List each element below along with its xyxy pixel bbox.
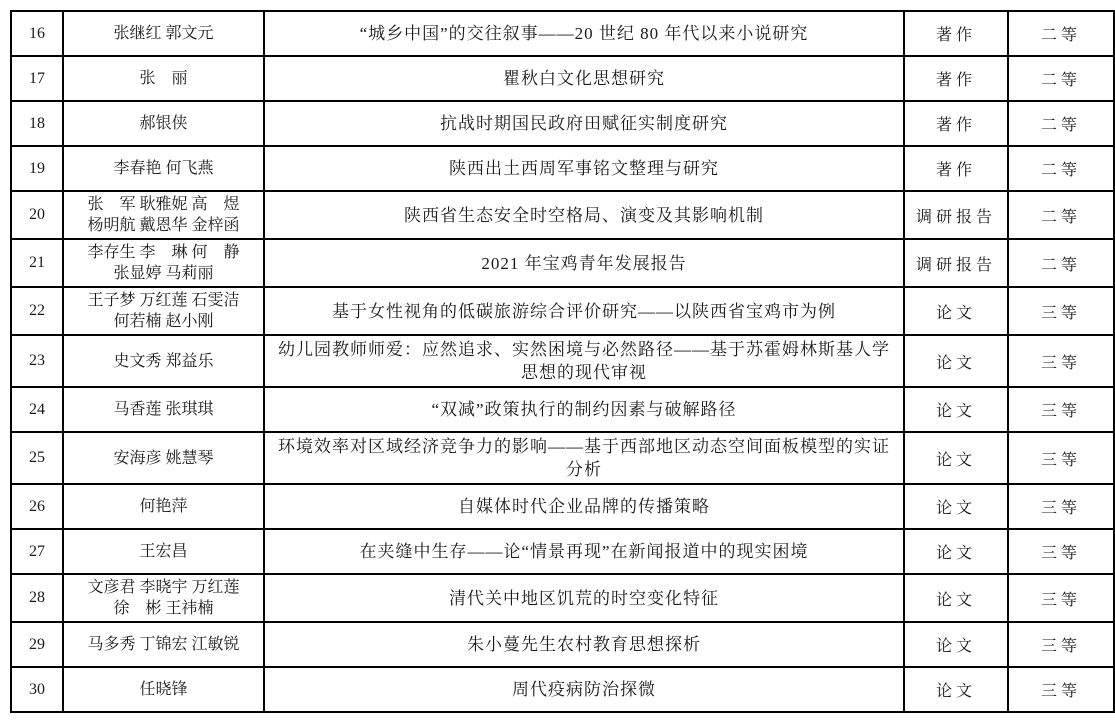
cell-achievement-type: 论文 xyxy=(904,667,1008,712)
table-row: 19 李春艳 何飞燕 陕西出土西周军事铭文整理与研究 著作 二等 xyxy=(11,146,1114,191)
cell-row-number: 26 xyxy=(11,484,63,529)
table-row: 30 任晓锋 周代疫病防治探微 论文 三等 xyxy=(11,667,1114,712)
cell-authors: 何艳萍 xyxy=(63,484,264,529)
cell-award-rank: 三等 xyxy=(1008,432,1114,484)
cell-achievement-title: 在夹缝中生存——论“情景再现”在新闻报道中的现实困境 xyxy=(264,529,904,574)
cell-award-rank: 三等 xyxy=(1008,622,1114,667)
cell-award-rank: 二等 xyxy=(1008,56,1114,101)
cell-authors: 史文秀 郑益乐 xyxy=(63,335,264,387)
cell-row-number: 23 xyxy=(11,335,63,387)
cell-achievement-title: 基于女性视角的低碳旅游综合评价研究——以陕西省宝鸡市为例 xyxy=(264,287,904,335)
cell-achievement-type: 论文 xyxy=(904,387,1008,432)
cell-achievement-title: 清代关中地区饥荒的时空变化特征 xyxy=(264,574,904,622)
cell-award-rank: 二等 xyxy=(1008,239,1114,287)
cell-authors: 马香莲 张琪琪 xyxy=(63,387,264,432)
cell-authors: 文彦君 李晓宇 万红莲 徐 彬 王祎楠 xyxy=(63,574,264,622)
cell-achievement-type: 著作 xyxy=(904,146,1008,191)
cell-row-number: 29 xyxy=(11,622,63,667)
cell-achievement-type: 调研报告 xyxy=(904,191,1008,239)
cell-achievement-title: 周代疫病防治探微 xyxy=(264,667,904,712)
cell-award-rank: 三等 xyxy=(1008,387,1114,432)
cell-row-number: 18 xyxy=(11,101,63,146)
cell-authors: 李春艳 何飞燕 xyxy=(63,146,264,191)
cell-achievement-type: 论文 xyxy=(904,432,1008,484)
cell-row-number: 17 xyxy=(11,56,63,101)
cell-achievement-type: 论文 xyxy=(904,529,1008,574)
cell-achievement-type: 论文 xyxy=(904,335,1008,387)
cell-authors: 马多秀 丁锦宏 江敏锐 xyxy=(63,622,264,667)
cell-achievement-type: 著作 xyxy=(904,101,1008,146)
cell-row-number: 20 xyxy=(11,191,63,239)
cell-achievement-title: 2021 年宝鸡青年发展报告 xyxy=(264,239,904,287)
cell-row-number: 27 xyxy=(11,529,63,574)
cell-authors: 安海彦 姚慧琴 xyxy=(63,432,264,484)
cell-authors: 王宏昌 xyxy=(63,529,264,574)
cell-row-number: 22 xyxy=(11,287,63,335)
cell-authors: 任晓锋 xyxy=(63,667,264,712)
cell-authors: 张 丽 xyxy=(63,56,264,101)
table-row: 23 史文秀 郑益乐 幼儿园教师师爱：应然追求、实然困境与必然路径——基于苏霍姆… xyxy=(11,335,1114,387)
cell-row-number: 21 xyxy=(11,239,63,287)
cell-achievement-title: 环境效率对区域经济竞争力的影响——基于西部地区动态空间面板模型的实证分析 xyxy=(264,432,904,484)
table-row: 29 马多秀 丁锦宏 江敏锐 朱小蔓先生农村教育思想探析 论文 三等 xyxy=(11,622,1114,667)
cell-achievement-type: 论文 xyxy=(904,484,1008,529)
cell-row-number: 28 xyxy=(11,574,63,622)
cell-award-rank: 三等 xyxy=(1008,287,1114,335)
cell-row-number: 16 xyxy=(11,11,63,56)
cell-authors: 张继红 郭文元 xyxy=(63,11,264,56)
cell-achievement-type: 论文 xyxy=(904,622,1008,667)
cell-award-rank: 二等 xyxy=(1008,191,1114,239)
cell-achievement-title: 抗战时期国民政府田赋征实制度研究 xyxy=(264,101,904,146)
cell-authors: 王子梦 万红莲 石雯洁 何若楠 赵小刚 xyxy=(63,287,264,335)
cell-award-rank: 三等 xyxy=(1008,574,1114,622)
cell-award-rank: 三等 xyxy=(1008,335,1114,387)
table-row: 25 安海彦 姚慧琴 环境效率对区域经济竞争力的影响——基于西部地区动态空间面板… xyxy=(11,432,1114,484)
table-row: 16 张继红 郭文元 “城乡中国”的交往叙事——20 世纪 80 年代以来小说研… xyxy=(11,11,1114,56)
cell-achievement-type: 著作 xyxy=(904,11,1008,56)
table-row: 20 张 军 耿雅妮 高 煜 杨明航 戴恩华 金梓函 陕西省生态安全时空格局、演… xyxy=(11,191,1114,239)
table-row: 21 李存生 李 琳 何 静 张显婷 马莉丽 2021 年宝鸡青年发展报告 调研… xyxy=(11,239,1114,287)
cell-authors: 李存生 李 琳 何 静 张显婷 马莉丽 xyxy=(63,239,264,287)
cell-achievement-type: 论文 xyxy=(904,287,1008,335)
cell-award-rank: 三等 xyxy=(1008,529,1114,574)
cell-row-number: 19 xyxy=(11,146,63,191)
cell-achievement-title: 瞿秋白文化思想研究 xyxy=(264,56,904,101)
awards-table: 16 张继红 郭文元 “城乡中国”的交往叙事——20 世纪 80 年代以来小说研… xyxy=(10,10,1115,713)
cell-achievement-title: 陕西省生态安全时空格局、演变及其影响机制 xyxy=(264,191,904,239)
awards-table-body: 16 张继红 郭文元 “城乡中国”的交往叙事——20 世纪 80 年代以来小说研… xyxy=(11,11,1114,712)
cell-row-number: 30 xyxy=(11,667,63,712)
cell-achievement-title: 陕西出土西周军事铭文整理与研究 xyxy=(264,146,904,191)
table-row: 22 王子梦 万红莲 石雯洁 何若楠 赵小刚 基于女性视角的低碳旅游综合评价研究… xyxy=(11,287,1114,335)
cell-achievement-type: 论文 xyxy=(904,574,1008,622)
cell-row-number: 25 xyxy=(11,432,63,484)
cell-award-rank: 二等 xyxy=(1008,146,1114,191)
document-page: 16 张继红 郭文元 “城乡中国”的交往叙事——20 世纪 80 年代以来小说研… xyxy=(0,0,1115,728)
cell-award-rank: 三等 xyxy=(1008,484,1114,529)
cell-achievement-title: “双减”政策执行的制约因素与破解路径 xyxy=(264,387,904,432)
cell-authors: 张 军 耿雅妮 高 煜 杨明航 戴恩华 金梓函 xyxy=(63,191,264,239)
cell-award-rank: 二等 xyxy=(1008,101,1114,146)
cell-award-rank: 三等 xyxy=(1008,667,1114,712)
table-row: 24 马香莲 张琪琪 “双减”政策执行的制约因素与破解路径 论文 三等 xyxy=(11,387,1114,432)
cell-authors: 郝银侠 xyxy=(63,101,264,146)
cell-achievement-type: 调研报告 xyxy=(904,239,1008,287)
table-row: 17 张 丽 瞿秋白文化思想研究 著作 二等 xyxy=(11,56,1114,101)
table-row: 26 何艳萍 自媒体时代企业品牌的传播策略 论文 三等 xyxy=(11,484,1114,529)
cell-achievement-title: 朱小蔓先生农村教育思想探析 xyxy=(264,622,904,667)
table-row: 28 文彦君 李晓宇 万红莲 徐 彬 王祎楠 清代关中地区饥荒的时空变化特征 论… xyxy=(11,574,1114,622)
cell-achievement-title: “城乡中国”的交往叙事——20 世纪 80 年代以来小说研究 xyxy=(264,11,904,56)
cell-award-rank: 二等 xyxy=(1008,11,1114,56)
table-row: 27 王宏昌 在夹缝中生存——论“情景再现”在新闻报道中的现实困境 论文 三等 xyxy=(11,529,1114,574)
cell-achievement-title: 自媒体时代企业品牌的传播策略 xyxy=(264,484,904,529)
cell-achievement-title: 幼儿园教师师爱：应然追求、实然困境与必然路径——基于苏霍姆林斯基人学思想的现代审… xyxy=(264,335,904,387)
table-row: 18 郝银侠 抗战时期国民政府田赋征实制度研究 著作 二等 xyxy=(11,101,1114,146)
cell-row-number: 24 xyxy=(11,387,63,432)
cell-achievement-type: 著作 xyxy=(904,56,1008,101)
